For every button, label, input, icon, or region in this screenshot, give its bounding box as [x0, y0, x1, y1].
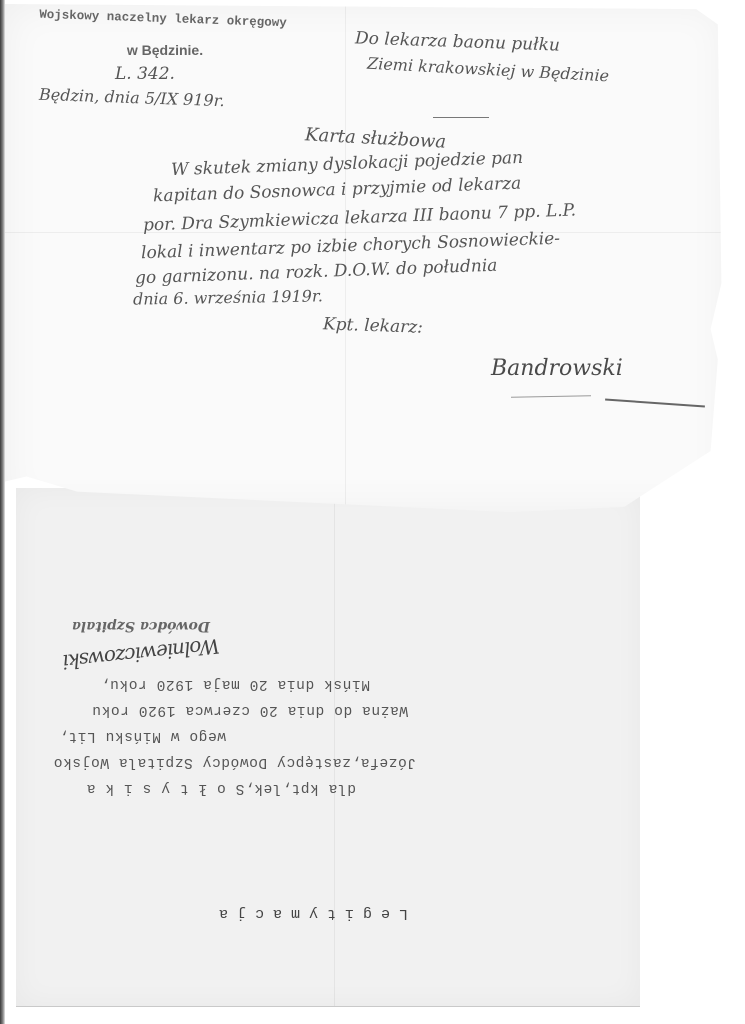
- stamp-line-1: Wojskowy naczelny lekarz okręgowy: [33, 7, 293, 30]
- typed-line-3: wego w Mińsku Lit,: [59, 728, 226, 744]
- typed-line-2: Józefa,zastępcy Dowódcy Szpitala Wojsko: [53, 754, 416, 770]
- upper-sheet-letter: Wojskowy naczelny lekarz okręgowy w Będz…: [5, 4, 725, 512]
- addressee-line-1: Do lekarza baonu pułku: [355, 28, 561, 55]
- typed-line-1: dla kpt,lek,S o ł t y s i k a: [86, 780, 356, 796]
- signature-upper: Bandrowski: [491, 356, 623, 381]
- body-line-4: lokal i inwentarz po izbie chorych Sosno…: [141, 229, 561, 264]
- lower-sheet-legitymacja: Legitymacja dla kpt,lek,S o ł t y s i k …: [16, 488, 640, 1007]
- upside-down-typed-block: Legitymacja dla kpt,lek,S o ł t y s i k …: [16, 488, 640, 1006]
- fold-crease-horizontal: [5, 232, 725, 233]
- typed-line-4-validity: Ważna do dnia 20 czerwca 1920 roku: [92, 702, 408, 718]
- heading-overline: [433, 117, 489, 118]
- signature-underline-2: [605, 399, 705, 408]
- fold-crease-vertical: [345, 4, 346, 512]
- body-line-6: dnia 6. września 1919r.: [133, 286, 323, 308]
- signature-lower: Wolniewiczowski: [62, 634, 221, 674]
- place-date: Będzin, dnia 5/IX 919r.: [39, 85, 225, 110]
- addressee-line-2: Ziemi krakowskiej w Będzinie: [367, 54, 610, 86]
- signature-title: Kpt. lekarz:: [323, 314, 424, 337]
- stamp-line-2: w Będzinie.: [75, 42, 255, 58]
- scan-edge-shadow: [0, 0, 5, 1024]
- typed-line-5-date: Mińsk dnia 20 maja 1920 roku,: [100, 676, 370, 692]
- signature-underline-1: [511, 395, 591, 397]
- reference-number: L. 342.: [115, 64, 175, 84]
- stamp-dowodca-szpitala: Dowódca Szpitala: [72, 618, 210, 634]
- letter-heading: Karta służbowa: [305, 124, 447, 152]
- document-title: Legitymacja: [210, 905, 408, 922]
